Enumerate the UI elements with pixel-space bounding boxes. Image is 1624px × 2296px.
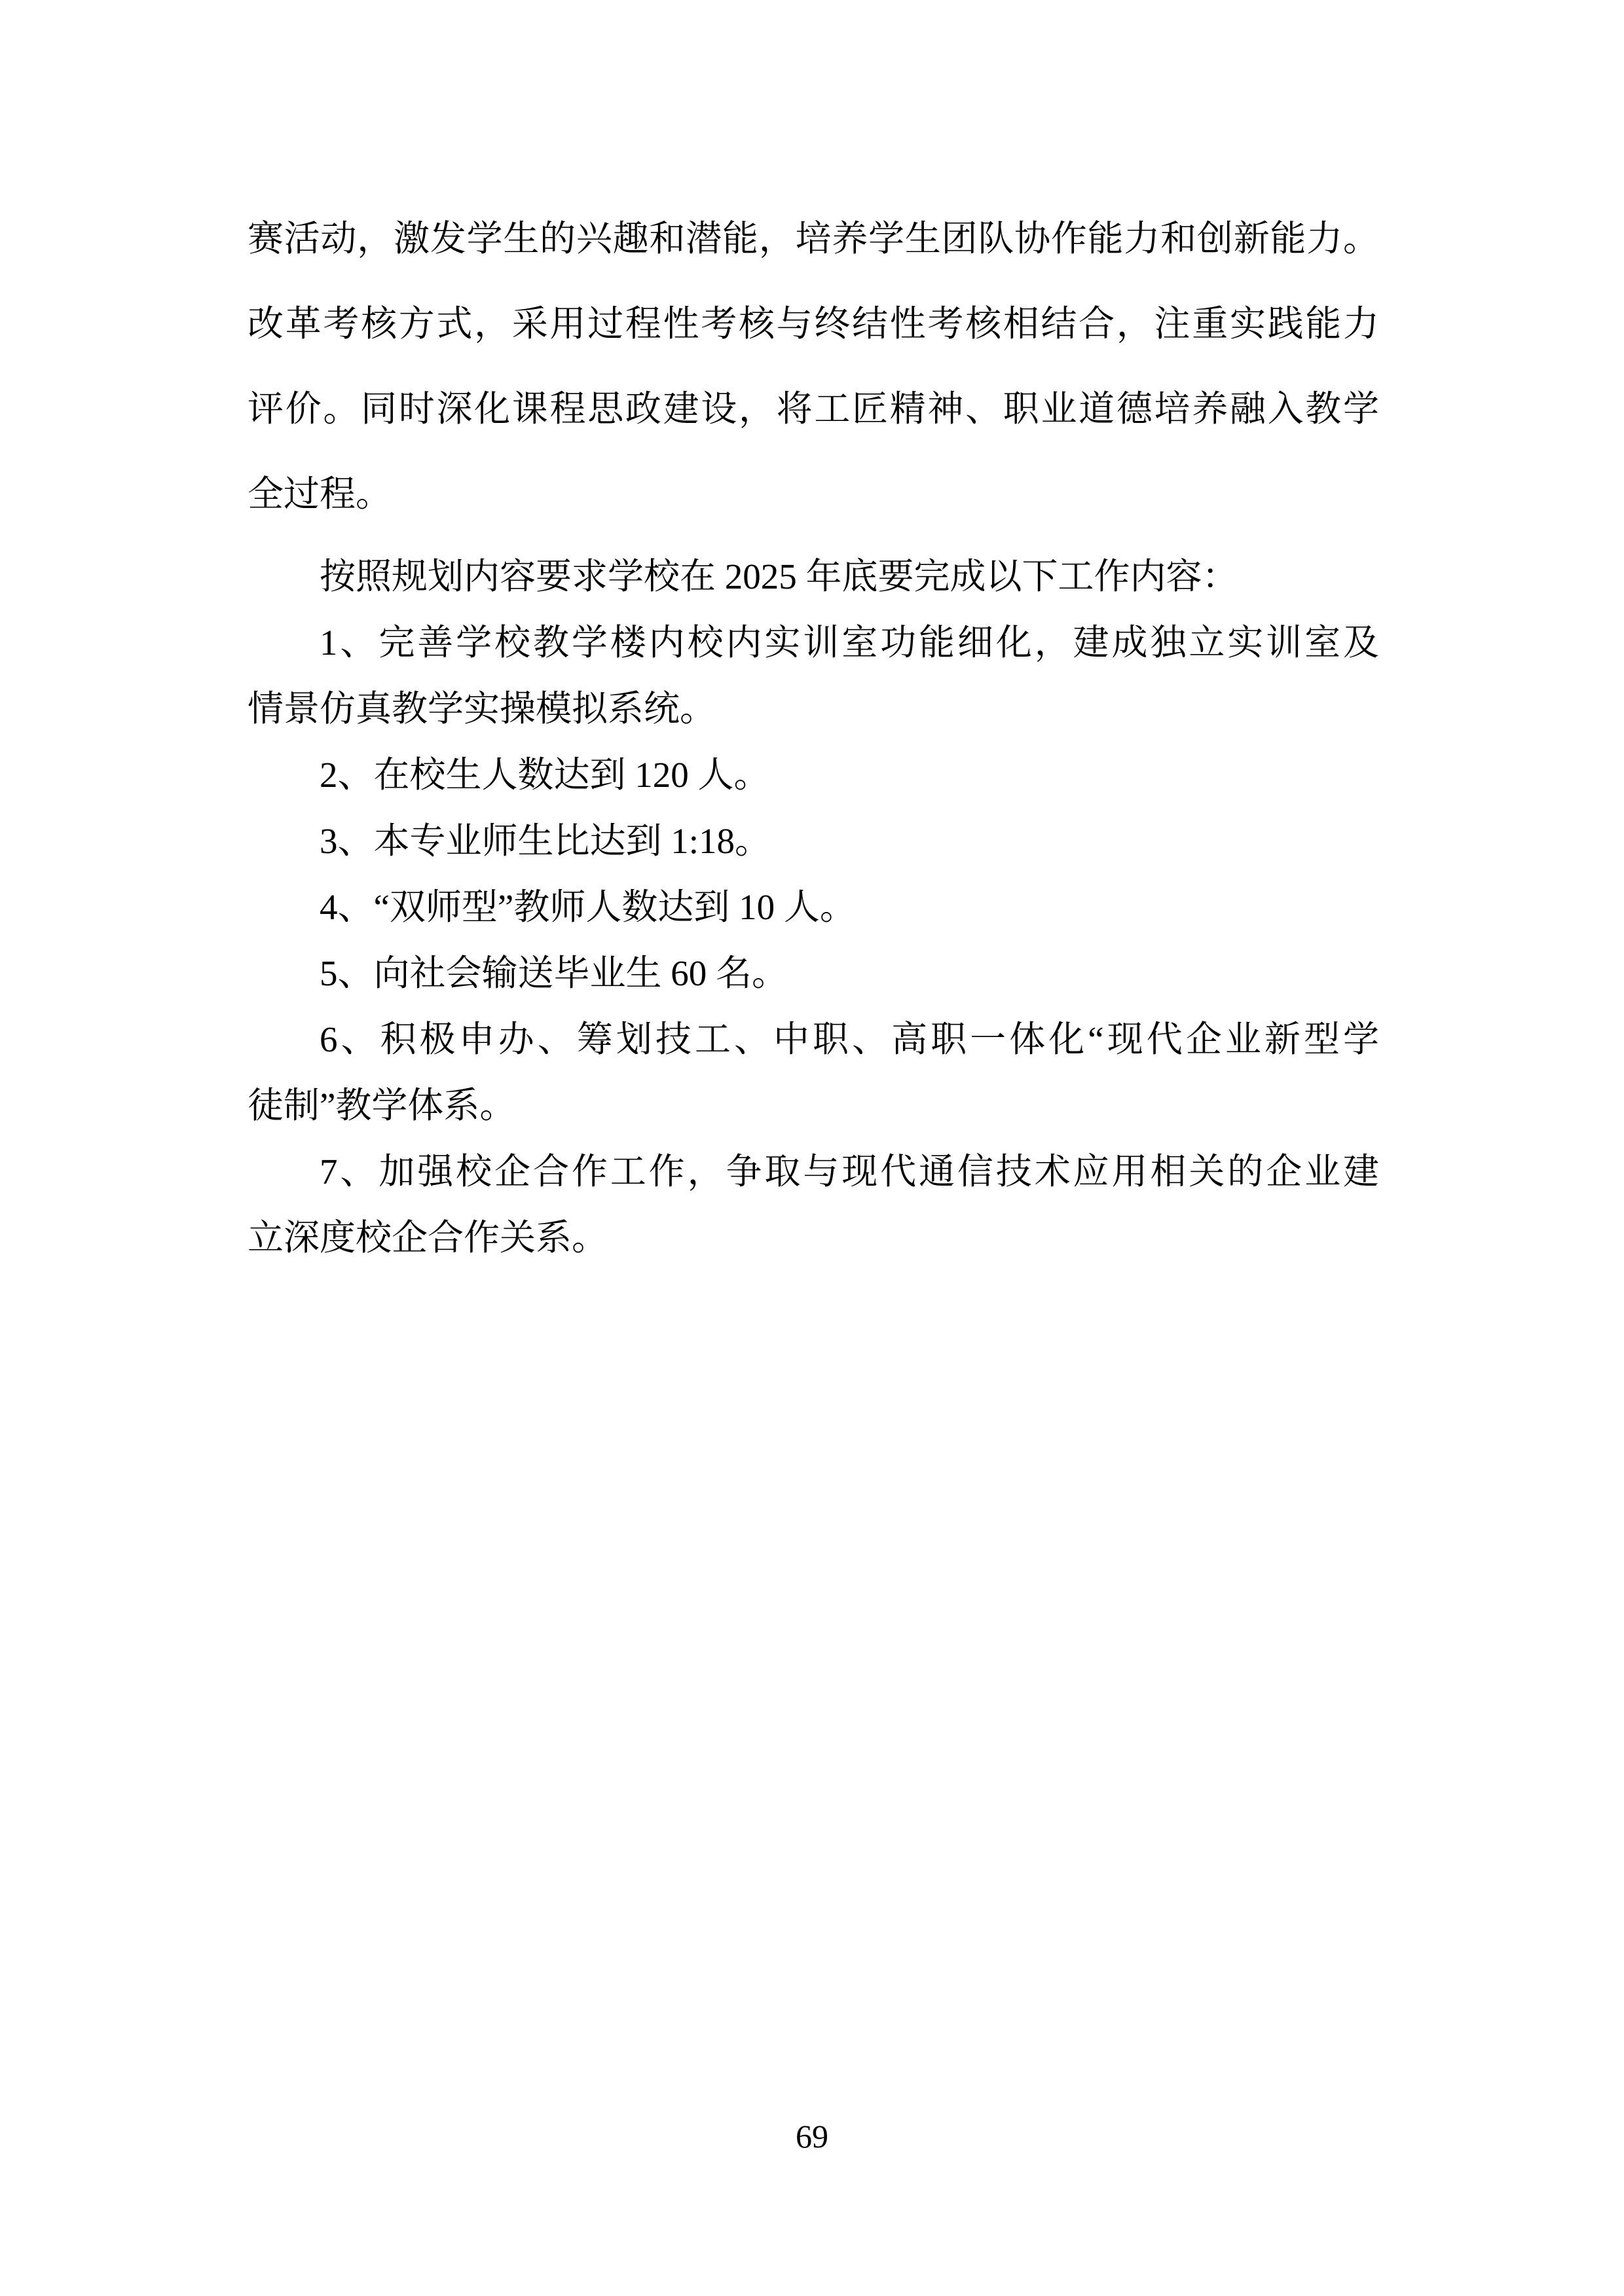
list-item-2: 2、在校生人数达到 120 人。: [248, 742, 1379, 808]
paragraph-line-3: 评价。同时深化课程思政建设，将工匠精神、职业道德培养融入教学: [248, 367, 1379, 452]
paragraph-line-2: 改革考核方式，采用过程性考核与终结性考核相结合，注重实践能力: [248, 282, 1379, 367]
list-item-6-line-2: 徒制”教学体系。: [248, 1072, 1379, 1139]
document-page: 赛活动，激发学生的兴趣和潜能，培养学生团队协作能力和创新能力。 改革考核方式，采…: [0, 0, 1624, 2296]
list-item-4: 4、“双师型”教师人数达到 10 人。: [248, 874, 1379, 940]
list-item-1-line-1: 1、完善学校教学楼内校内实训室功能细化，建成独立实训室及: [248, 610, 1379, 676]
list-item-3: 3、本专业师生比达到 1:18。: [248, 808, 1379, 874]
list-item-1-line-2: 情景仿真教学实操模拟系统。: [248, 676, 1379, 742]
list-item-7-line-2: 立深度校企合作关系。: [248, 1205, 1379, 1271]
list-item-7-line-1: 7、加强校企合作工作，争取与现代通信技术应用相关的企业建: [248, 1139, 1379, 1205]
paragraph-teaching-reform: 赛活动，激发学生的兴趣和潜能，培养学生团队协作能力和创新能力。 改革考核方式，采…: [248, 196, 1379, 537]
page-body: 赛活动，激发学生的兴趣和潜能，培养学生团队协作能力和创新能力。 改革考核方式，采…: [248, 196, 1379, 1271]
paragraph-line-1: 赛活动，激发学生的兴趣和潜能，培养学生团队协作能力和创新能力。: [248, 196, 1379, 282]
list-item-5: 5、向社会输送毕业生 60 名。: [248, 940, 1379, 1006]
list-item-6-line-1: 6、积极申办、筹划技工、中职、高职一体化“现代企业新型学: [248, 1006, 1379, 1072]
paragraph-line-4: 全过程。: [248, 452, 1379, 537]
planning-tasks-section: 按照规划内容要求学校在 2025 年底要完成以下工作内容： 1、完善学校教学楼内…: [248, 543, 1379, 1271]
intro-line: 按照规划内容要求学校在 2025 年底要完成以下工作内容：: [248, 543, 1379, 610]
page-number: 69: [0, 2120, 1624, 2153]
